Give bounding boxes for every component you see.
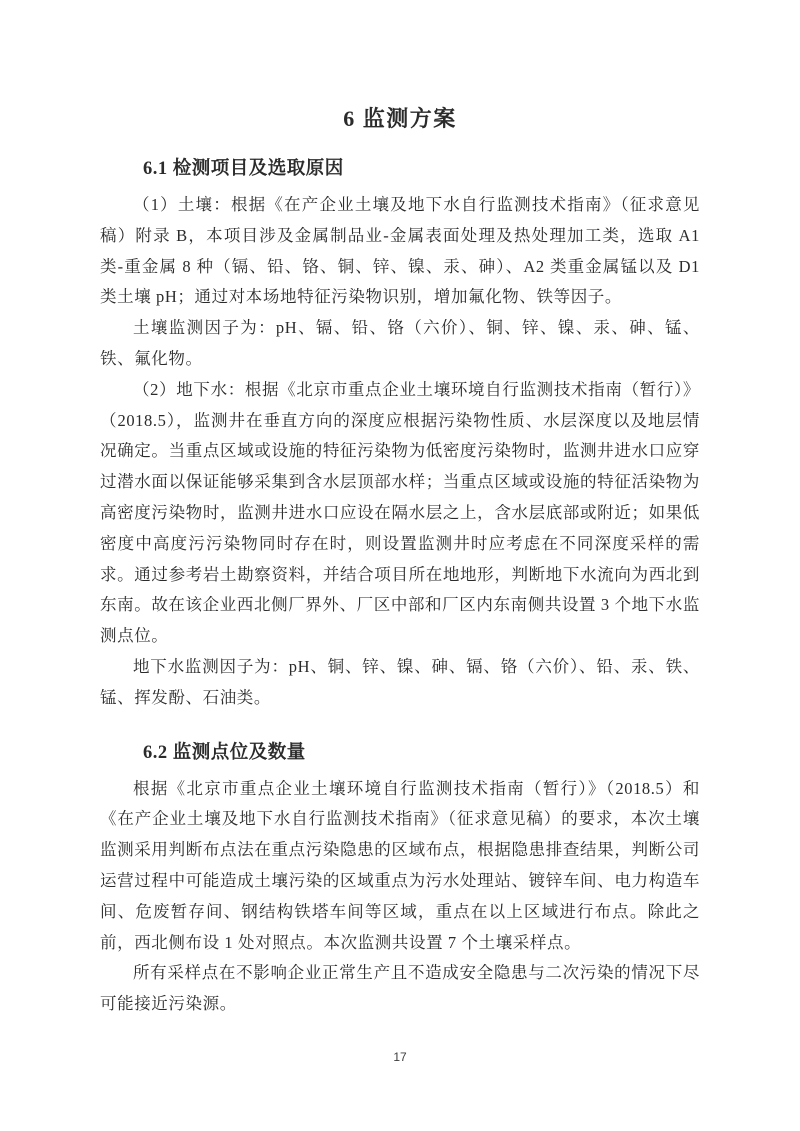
page-number: 17 bbox=[100, 1050, 700, 1064]
paragraph-groundwater-monitoring-factors: 地下水监测因子为：pH、铜、锌、镍、砷、镉、铬（六价）、铅、汞、铁、锰、挥发酚、… bbox=[100, 652, 700, 714]
section-6-1-heading: 6.1 检测项目及选取原因 bbox=[100, 156, 700, 182]
document-page: 6 监测方案 6.1 检测项目及选取原因 （1）土壤：根据《在产企业土壤及地下水… bbox=[0, 0, 800, 1131]
paragraph-sampling-safety-note: 所有采样点在不影响企业正常生产且不造成安全隐患与二次污染的情况下尽可能接近污染源… bbox=[100, 958, 700, 1020]
paragraph-soil-monitoring-factors: 土壤监测因子为：pH、镉、铅、铬（六价）、铜、锌、镍、汞、砷、锰、铁、氟化物。 bbox=[100, 313, 700, 375]
paragraph-groundwater-basis: （2）地下水：根据《北京市重点企业土壤环境自行监测技术指南（暂行）》（2018.… bbox=[100, 375, 700, 652]
paragraph-soil-basis: （1）土壤：根据《在产企业土壤及地下水自行监测技术指南》（征求意见稿）附录 B，… bbox=[100, 190, 700, 313]
section-6-2-heading: 6.2 监测点位及数量 bbox=[100, 740, 700, 766]
section-monitoring-points: 6.2 监测点位及数量 根据《北京市重点企业土壤环境自行监测技术指南（暂行）》（… bbox=[100, 740, 700, 1020]
page-title: 6 监测方案 bbox=[100, 0, 700, 136]
paragraph-point-layout: 根据《北京市重点企业土壤环境自行监测技术指南（暂行）》（2018.5）和《在产企… bbox=[100, 774, 700, 959]
section-monitoring-items: 6.1 检测项目及选取原因 （1）土壤：根据《在产企业土壤及地下水自行监测技术指… bbox=[100, 156, 700, 714]
